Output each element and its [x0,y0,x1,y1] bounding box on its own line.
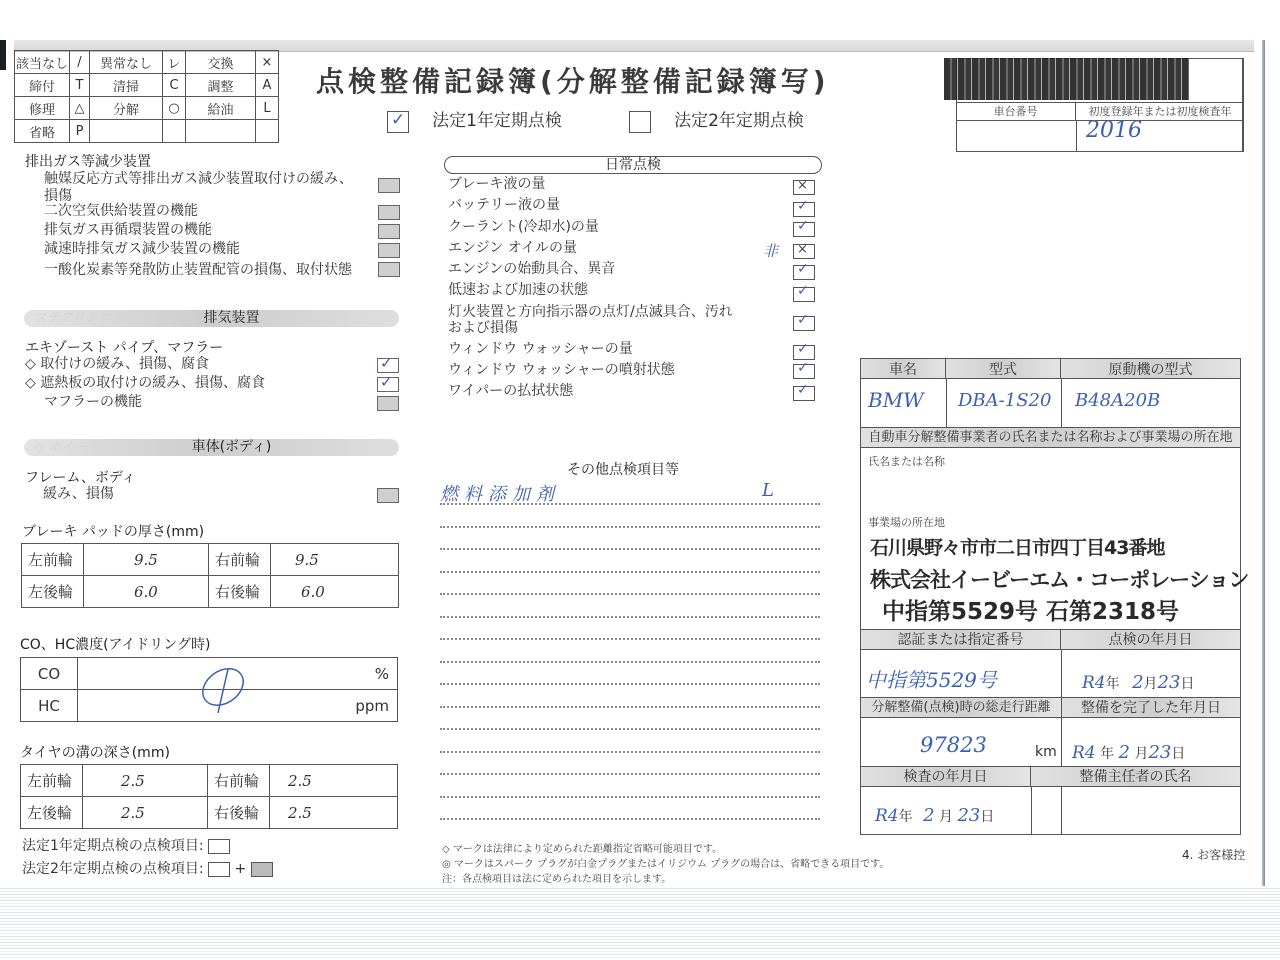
mark-legend: 該当なし/異常なしレ交換×締付T清掃C調整A修理△分解○給油L省略P [14,50,279,143]
option-1year-label: 法定1年定期点検 [432,111,562,131]
year-unit: 年 [1100,746,1114,762]
legend-mark: A [256,74,279,97]
note-line: ◇ マークは法律により定められた距離指定省略可能項目です。 [442,840,722,855]
daily-item-checkbox[interactable]: ✓ [793,202,815,217]
daily-item-checkbox[interactable]: × [793,244,815,259]
dotted-line [440,683,820,685]
legend-mark: ○ [163,97,186,120]
dotted-line [440,751,820,753]
divider [1076,120,1077,152]
inspect-date-label: 点検の年月日 [1061,629,1240,650]
brake-left-rear[interactable]: 6.0 [84,576,209,608]
month-unit: 月 [1144,676,1158,692]
era: R4 [1072,743,1096,763]
co-unit: % [375,665,389,683]
legend-mark: △ [70,97,90,120]
exhaust-group: エキゾースト パイプ、マフラー [25,337,223,357]
dotted-line [440,616,820,618]
emission-item: 排気ガス再循環装置の機能 [44,222,364,239]
tire-depth-table: 左前輪 2.5 右前輪 2.5 左後輪 2.5 右後輪 2.5 [20,764,398,829]
legend-mark: L [256,97,279,120]
dotted-line [440,728,820,730]
check-icon: ✓ [797,382,809,398]
year-unit: 年 [1106,676,1120,692]
vehicle-name-header: 車名 [861,359,946,379]
exam-date-value[interactable]: R4年 2 月 23日 [875,805,994,826]
scan-edge [0,40,6,70]
legend-label: 締付 [15,74,70,97]
tire-depth-title: タイヤの溝の深さ(mm) [20,742,170,762]
month: 2 [1132,672,1143,693]
daily-item: ブレーキ液の量 [448,176,738,192]
legend-label: 修理 [15,97,70,120]
legend-label: 給油 [186,97,256,120]
tire-left-front[interactable]: 2.5 [83,765,208,797]
legend-label: 異常なし [90,51,163,74]
legend-label: 調整 [186,74,256,97]
cell-label: 右後輪 [209,576,271,608]
day-unit: 日 [1171,746,1185,762]
divider [946,379,947,427]
year-unit: 年 [899,809,913,825]
legend-mark: × [256,51,279,74]
emission-item-checkbox[interactable] [378,224,400,239]
cell-label: 左後輪 [21,797,83,829]
legend-label [90,120,163,143]
daily-item: バッテリー液の量 [448,197,738,213]
completion-date-value[interactable]: R4 年 2 月23日 [1072,742,1185,763]
check-icon: ✓ [797,360,809,376]
inspect-date-value[interactable]: R4年 2月23日 [1082,672,1194,693]
legend-label: 交換 [186,51,256,74]
plus-sign: + [235,861,247,877]
exhaust-item: ◇ 遮熱板の取付けの緩み、損傷、腐食 [25,375,265,392]
stamp-address: 石川県野々市市二日市四丁目43番地 [870,533,1164,560]
month-unit: 月 [939,809,953,825]
stamp-company: 株式会社イービーエム・コーポレーション [870,564,1248,594]
handwritten-slash-mark [190,655,260,725]
mileage-unit: km [1035,744,1057,760]
dotted-line [440,593,820,595]
daily-item-checkbox[interactable]: × [793,180,815,195]
white-box-icon [208,862,230,877]
stamp-license: 中指第5529号 石第2318号 [882,593,1179,626]
check-icon: ✓ [797,341,809,357]
legend-mark: レ [163,51,186,74]
cell-label: 左後輪 [22,576,84,608]
option-2year[interactable]: 法定2年定期点検 [629,106,804,133]
month: 2 [923,805,934,826]
daily-item-annotation: 非 [763,240,778,261]
cross-icon: × [797,178,808,193]
checkbox-2year[interactable] [629,111,651,133]
check-icon: ✓ [391,110,405,130]
cert-label: 認証または指定番号 [861,629,1061,650]
body-group: フレーム、ボディ [25,467,136,487]
dotted-line [440,818,820,820]
engine-model-header: 原動機の型式 [1061,359,1240,379]
cert-value[interactable]: 中指第5529号 [866,664,997,693]
legend-label: 該当なし [15,51,70,74]
daily-item-checkbox[interactable]: ✓ [793,222,815,237]
model-header: 型式 [946,359,1061,379]
brake-pads-table: 左前輪 9.5 右前輪 9.5 左後輪 6.0 右後輪 6.0 [21,543,399,608]
co-label: CO [21,658,78,690]
day-unit: 日 [1180,676,1194,692]
cell-label: 右後輪 [208,797,270,829]
brake-right-rear[interactable]: 6.0 [271,576,399,608]
dotted-line [440,638,820,640]
emission-item: 減速時排気ガス減少装置の機能 [44,241,364,258]
exhaust-band-label: 排気装置 [204,310,260,326]
hc-label: HC [21,690,78,722]
hc-unit: ppm [355,697,389,715]
legend-mark [163,120,186,143]
daily-item: ウィンドウ ウォッシャーの噴射状態 [448,362,738,378]
ghost-text: ◇ ホイール アライメ [34,439,155,456]
business-header: 自動車分解整備事業者の氏名または名称および事業場の所在地 [861,427,1240,448]
gray-box-icon [251,862,273,877]
legend-mark: C [163,74,186,97]
legend-2year-label: 法定2年定期点検の点検項目: [22,861,204,877]
daily-item-checkbox[interactable]: ✓ [793,345,815,360]
check-icon: ✓ [797,312,809,328]
day-unit: 日 [980,809,994,825]
daily-item-checkbox[interactable]: ✓ [793,287,815,302]
emission-item-checkbox[interactable] [378,178,400,193]
scan-noise [0,886,1280,960]
divider [1031,787,1032,835]
completion-label: 整備を完了した年月日 [1062,697,1240,718]
brake-pads-title: ブレーキ パッドの厚さ(mm) [22,521,204,541]
daily-item-checkbox[interactable]: ✓ [793,265,815,280]
day: 23 [1158,672,1181,693]
daily-item: クーラント(冷却水)の量 [448,219,738,235]
exhaust-item-checkbox[interactable]: ✓ [377,377,399,392]
tire-right-rear[interactable]: 2.5 [270,797,398,829]
legend-2year: 法定2年定期点検の点検項目: + [22,861,273,878]
legend-mark: T [70,74,90,97]
daily-item: 低速および加速の状態 [448,282,738,298]
chassis-label: 車台番号 [956,102,1076,120]
dotted-line [440,706,820,708]
legend-mark [256,120,279,143]
chief-label: 整備主任者の氏名 [1031,766,1240,787]
legend-mark: P [70,120,90,143]
legend-label [186,120,256,143]
emission-item-checkbox[interactable] [378,243,400,258]
day: 23 [1148,742,1171,763]
mileage-label: 分解整備(点検)時の総走行距離 [861,697,1061,718]
exhaust-item: ◇ 取付けの緩み、損傷、腐食 [25,356,209,373]
dotted-line [440,503,820,505]
exhaust-item-checkbox[interactable] [377,396,399,411]
exhaust-band: ステアリング ギア ボ 排気装置 [24,310,399,327]
daily-item-checkbox[interactable]: ✓ [793,316,815,331]
vehicle-name-value[interactable]: BMW [868,388,924,412]
option-1year[interactable]: ✓ 法定1年定期点検 [387,106,562,133]
mileage-value[interactable]: 97823 [920,733,987,757]
emission-title: 排出ガス等減少装置 [25,151,151,171]
era: R4 [1082,673,1106,693]
location-label: 事業場の所在地 [868,514,945,530]
cell-label: 左前輪 [21,765,83,797]
daily-item-checkbox[interactable]: ✓ [793,386,815,401]
cell-label: 左前輪 [22,544,84,576]
brake-right-front[interactable]: 9.5 [271,544,399,576]
note-line: 注：各点検項目は法に定められた項目を示します。 [442,870,671,885]
brake-left-front[interactable]: 9.5 [84,544,209,576]
daily-item: ウィンドウ ウォッシャーの量 [448,341,738,357]
body-band-label: 車体(ボディ) [192,439,272,455]
legend-label: 省略 [15,120,70,143]
daily-item: 灯火装置と方向指示器の点灯/点滅具合、汚れおよび損傷 [448,304,738,336]
white-box-icon [208,839,230,854]
engine-model-value[interactable]: B48A20B [1075,390,1160,411]
check-icon: ✓ [797,198,809,214]
daily-item: エンジン オイルの量 [448,240,738,256]
other-entry-mark: L [762,480,774,501]
legend-label: 清掃 [90,74,163,97]
note-line: ◎ マークはスパーク プラグが白金プラグまたはイリジウム プラグの場合は、省略で… [442,855,889,870]
dotted-line [440,661,820,663]
tire-left-rear[interactable]: 2.5 [83,797,208,829]
name-label: 氏名または名称 [868,453,945,469]
other-items-title: その他点検項目等 [567,459,679,479]
dotted-line [440,773,820,775]
body-item: 緩み、損傷 [43,486,114,503]
dotted-line [440,526,820,528]
emission-item-checkbox[interactable] [378,262,400,277]
cell-label: 右前輪 [209,544,271,576]
first-reg-value[interactable]: 2016 [1086,118,1142,143]
emission-item: 一酸化炭素等発散防止装置配管の損傷、取付状態 [44,262,364,279]
scan-edge [1262,40,1265,895]
check-icon: ✓ [380,354,393,372]
dotted-line [440,548,820,550]
page-title: 点検整備記録簿(分解整備記録簿写) [316,60,830,100]
emission-item: 触媒反応方式等排出ガス減少装置取付けの緩み、損傷 [44,171,364,205]
check-icon: ✓ [797,218,809,234]
month-unit: 月 [1134,746,1148,762]
day: 23 [957,805,980,826]
daily-item-checkbox[interactable]: ✓ [793,364,815,379]
emission-item: 二次空気供給装置の機能 [44,203,364,220]
legend-mark: / [70,51,90,74]
check-icon: ✓ [380,373,393,391]
chief-value[interactable] [1040,800,1230,828]
daily-item: エンジンの始動具合、異音 [448,261,738,277]
daily-check-title: 日常点検 [444,156,822,174]
check-icon: ✓ [797,261,809,277]
ghost-text: ステアリング ギア ボ [34,310,158,327]
cell-label: 右前輪 [208,765,270,797]
divider [1061,379,1062,427]
model-value[interactable]: DBA-1S20 [958,390,1051,411]
exam-date-label: 検査の年月日 [861,766,1031,787]
dotted-line [440,571,820,573]
era: R4 [875,806,899,826]
emission-item-checkbox[interactable] [378,205,400,220]
redacted-plate [944,58,1189,100]
body-band: ◇ ホイール アライメ 車体(ボディ) [24,439,399,456]
legend-1year: 法定1年定期点検の点検項目: [22,838,230,855]
tire-right-front[interactable]: 2.5 [270,765,398,797]
daily-item: ワイパーの払拭状態 [448,383,738,399]
copy-label: 4. お客様控 [1182,846,1245,863]
check-icon: ✓ [797,283,809,299]
exhaust-item-checkbox[interactable]: ✓ [377,358,399,373]
checkbox-1year[interactable]: ✓ [387,111,409,133]
co-hc-title: CO、HC濃度(アイドリング時) [20,634,210,654]
dotted-line [440,796,820,798]
exhaust-item: マフラーの機能 [44,394,142,411]
legend-1year-label: 法定1年定期点検の点検項目: [22,838,204,854]
cross-icon: × [797,242,808,257]
legend-label: 分解 [90,97,163,120]
body-item-checkbox[interactable] [377,488,399,503]
option-2year-label: 法定2年定期点検 [674,111,804,131]
month: 2 [1119,742,1130,763]
